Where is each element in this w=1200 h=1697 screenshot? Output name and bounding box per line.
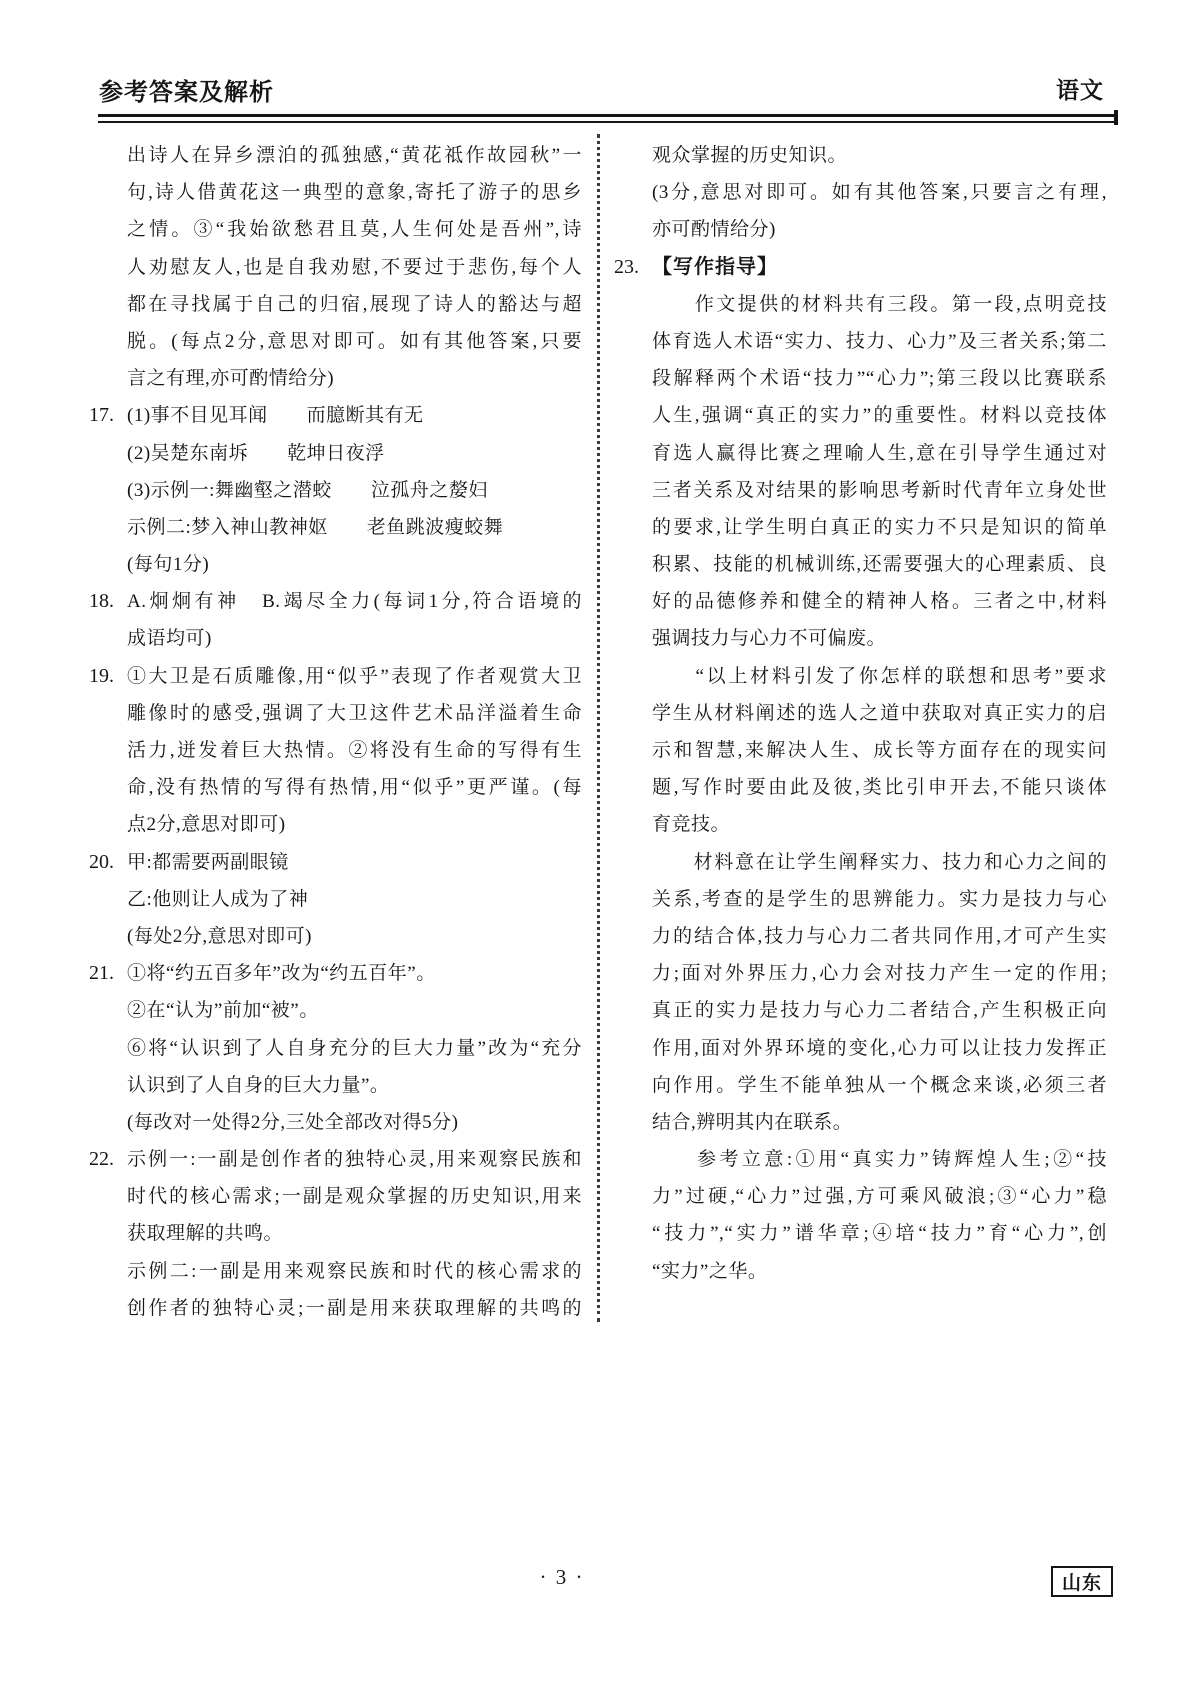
text-line: 创作者的独特心灵;一副是用来获取理解的共鸣的	[127, 1290, 582, 1327]
item-number: 20.	[89, 844, 126, 881]
text-line: ⑥将“认识到了人自身充分的巨大力量”改为“充分	[127, 1030, 582, 1067]
text-line: 乙:他则让人成为了神	[127, 881, 582, 918]
answer-block: 出诗人在异乡漂泊的孤独感,“黄花祗作故园秋”一句,诗人借黄花这一典型的意象,寄托…	[127, 137, 582, 397]
text-line: 雕像时的感受,强调了大卫这件艺术品洋溢着生命	[127, 695, 582, 732]
item-number: 23.	[614, 249, 651, 286]
text-line: (3分,意思对即可。如有其他答案,只要言之有理,	[652, 174, 1107, 211]
text-line: A.炯炯有神 B.竭尽全力(每词1分,符合语境的	[127, 583, 582, 620]
text-line: 成语均可)	[127, 620, 582, 657]
text-line: (3)示例一:舞幽壑之潜蛟 泣孤舟之嫠妇	[127, 472, 582, 509]
text-line: 出诗人在异乡漂泊的孤独感,“黄花祗作故园秋”一	[127, 137, 582, 174]
text-line: 活力,迸发着巨大热情。②将没有生命的写得有生	[127, 732, 582, 769]
text-line: 学生从材料阐述的选人之道中获取对真正实力的启	[652, 695, 1107, 732]
header-rule-end-tick	[1114, 110, 1118, 125]
text-line: 积累、技能的机械训练,还需要强大的心理素质、良	[652, 546, 1107, 583]
text-line: “实力”之华。	[652, 1253, 1107, 1290]
text-line: (2)吴楚东南坼 乾坤日夜浮	[127, 435, 582, 472]
answer-block: 观众掌握的历史知识。(3分,意思对即可。如有其他答案,只要言之有理,亦可酌情给分…	[652, 137, 1107, 249]
text-line: 真正的实力是技力与心力二者结合,产生积极正向	[652, 992, 1107, 1029]
page-title: 参考答案及解析	[99, 72, 274, 107]
text-line: (每处2分,意思对即可)	[127, 918, 582, 955]
answer-block: 22.示例一:一副是创作者的独特心灵,用来观察民族和时代的核心需求;一副是观众掌…	[127, 1141, 582, 1327]
text-line: 都在寻找属于自己的归宿,展现了诗人的豁达与超	[127, 286, 582, 323]
text-line: 题,写作时要由此及彼,类比引申开去,不能只谈体	[652, 769, 1107, 806]
text-line: 育竞技。	[652, 806, 1107, 843]
text-line: 示和智慧,来解决人生、成长等方面存在的现实问	[652, 732, 1107, 769]
text-line: 示例二:一副是用来观察民族和时代的核心需求的	[127, 1253, 582, 1290]
text-line: 【写作指导】	[652, 249, 1107, 286]
text-line: 三者关系及对结果的影响思考新时代青年立身处世	[652, 472, 1107, 509]
region-badge: 山东	[1051, 1566, 1113, 1597]
text-line: 亦可酌情给分)	[652, 211, 1107, 248]
text-line: ①大卫是石质雕像,用“似乎”表现了作者观赏大卫	[127, 658, 582, 695]
text-line: 示例二:梦入神山教神妪 老鱼跳波瘦蛟舞	[127, 509, 582, 546]
item-number: 17.	[89, 397, 126, 434]
item-number: 21.	[89, 955, 126, 992]
text-line: 结合,辨明其内在联系。	[652, 1104, 1107, 1141]
text-line: 获取理解的共鸣。	[127, 1215, 582, 1252]
item-number: 18.	[89, 583, 126, 620]
text-line: 好的品德修养和健全的精神人格。三者之中,材料	[652, 583, 1107, 620]
text-line: 的要求,让学生明白真正的实力不只是知识的简单	[652, 509, 1107, 546]
text-line: 观众掌握的历史知识。	[652, 137, 1107, 174]
text-line: 作用,面对外界环境的变化,心力可以让技力发挥正	[652, 1030, 1107, 1067]
text-line: 之情。③“我始欲愁君且莫,人生何处是吾州”,诗	[127, 211, 582, 248]
text-line: 人劝慰友人,也是自我劝慰,不要过于悲伤,每个人	[127, 249, 582, 286]
answer-block: 19.①大卫是石质雕像,用“似乎”表现了作者观赏大卫雕像时的感受,强调了大卫这件…	[127, 658, 582, 844]
text-line: (1)事不目见耳闻 而臆断其有无	[127, 397, 582, 434]
text-line: (每句1分)	[127, 546, 582, 583]
text-line: 作文提供的材料共有三段。第一段,点明竞技	[652, 286, 1107, 323]
text-line: 言之有理,亦可酌情给分)	[127, 360, 582, 397]
text-line: 参考立意:①用“真实力”铸辉煌人生;②“技	[652, 1141, 1107, 1178]
answer-block: 21.①将“约五百多年”改为“约五百年”。②在“认为”前加“被”。⑥将“认识到了…	[127, 955, 582, 1141]
text-line: 句,诗人借黄花这一典型的意象,寄托了游子的思乡	[127, 174, 582, 211]
answer-block: 17.(1)事不目见耳闻 而臆断其有无(2)吴楚东南坼 乾坤日夜浮(3)示例一:…	[127, 397, 582, 583]
header-double-rule	[98, 114, 1118, 123]
text-line: 向作用。学生不能单独从一个概念来谈,必须三者	[652, 1067, 1107, 1104]
text-line: 体育选人术语“实力、技力、心力”及三者关系;第二	[652, 323, 1107, 360]
item-number: 19.	[89, 658, 126, 695]
text-line: 点2分,意思对即可)	[127, 806, 582, 843]
text-line: 段解释两个术语“技力”“心力”;第三段以比赛联系	[652, 360, 1107, 397]
text-line: “以上材料引发了你怎样的联想和思考”要求	[652, 658, 1107, 695]
text-line: (每改对一处得2分,三处全部改对得5分)	[127, 1104, 582, 1141]
text-line: 强调技力与心力不可偏废。	[652, 620, 1107, 657]
right-column: 观众掌握的历史知识。(3分,意思对即可。如有其他答案,只要言之有理,亦可酌情给分…	[652, 137, 1107, 1290]
text-line: 力”过硬,“心力”过强,方可乘风破浪;③“心力”稳	[652, 1178, 1107, 1215]
text-line: 力;面对外界压力,心力会对技力产生一定的作用;	[652, 955, 1107, 992]
text-line: 示例一:一副是创作者的独特心灵,用来观察民族和	[127, 1141, 582, 1178]
column-divider	[597, 134, 600, 1322]
page-number: · 3 ·	[512, 1565, 612, 1590]
left-column: 出诗人在异乡漂泊的孤独感,“黄花祗作故园秋”一句,诗人借黄花这一典型的意象,寄托…	[127, 137, 582, 1327]
text-line: 脱。(每点2分,意思对即可。如有其他答案,只要	[127, 323, 582, 360]
text-line: 材料意在让学生阐释实力、技力和心力之间的	[652, 844, 1107, 881]
answer-sheet-page: 参考答案及解析 语文 出诗人在异乡漂泊的孤独感,“黄花祗作故园秋”一句,诗人借黄…	[0, 0, 1200, 1697]
text-line: 甲:都需要两副眼镜	[127, 844, 582, 881]
text-line: ①将“约五百多年”改为“约五百年”。	[127, 955, 582, 992]
answer-block: 20.甲:都需要两副眼镜乙:他则让人成为了神(每处2分,意思对即可)	[127, 844, 582, 956]
text-line: 育选人赢得比赛之理喻人生,意在引导学生通过对	[652, 435, 1107, 472]
text-line: 时代的核心需求;一副是观众掌握的历史知识,用来	[127, 1178, 582, 1215]
subject-label: 语文	[1056, 72, 1104, 105]
text-line: 关系,考查的是学生的思辨能力。实力是技力与心	[652, 881, 1107, 918]
text-line: 人生,强调“真正的实力”的重要性。材料以竞技体	[652, 397, 1107, 434]
text-line: 认识到了人自身的巨大力量”。	[127, 1067, 582, 1104]
answer-block: 23.【写作指导】 作文提供的材料共有三段。第一段,点明竞技体育选人术语“实力、…	[652, 249, 1107, 1290]
text-line: 命,没有热情的写得有热情,用“似乎”更严谨。(每	[127, 769, 582, 806]
text-line: “技力”,“实力”谱华章;④培“技力”育“心力”,创	[652, 1215, 1107, 1252]
item-number: 22.	[89, 1141, 126, 1178]
text-line: ②在“认为”前加“被”。	[127, 992, 582, 1029]
answer-block: 18.A.炯炯有神 B.竭尽全力(每词1分,符合语境的成语均可)	[127, 583, 582, 657]
text-line: 力的结合体,技力与心力二者共同作用,才可产生实	[652, 918, 1107, 955]
